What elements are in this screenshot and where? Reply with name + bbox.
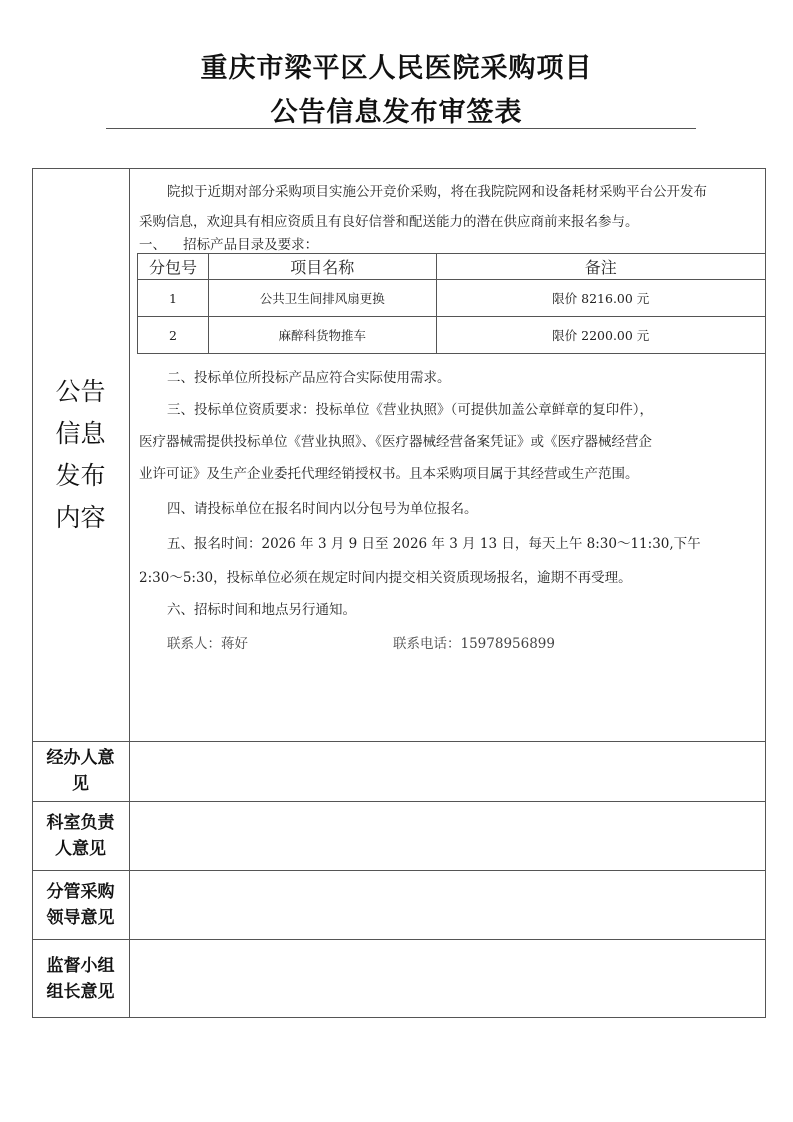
label-line: 人意见: [41, 836, 121, 862]
section3-line2: 医疗器械需提供投标单位《营业执照》、《医疗器械经营备案凭证》或《医疗器械经营企: [139, 430, 761, 450]
section6: 六、招标时间和地点另行通知。: [167, 598, 789, 618]
cell-note: 限价 2200.00 元: [436, 317, 766, 354]
section2: 二、投标单位所投标产品应符合实际使用需求。: [167, 366, 789, 386]
section3-line3: 业许可证》及生产企业委托代理经销授权书。且本采购项目属于其经营或生产范围。: [139, 462, 761, 482]
opinion-field-procurement-leader[interactable]: [131, 872, 764, 938]
products-table: 分包号 项目名称 备注 1 公共卫生间排风扇更换 限价 8216.00 元 2 …: [137, 253, 766, 354]
table-row: 2 麻醉科货物推车 限价 2200.00 元: [138, 317, 766, 354]
label-line: 监督小组: [41, 953, 121, 979]
row-divider: [32, 801, 766, 802]
label-line: 科室负责: [41, 810, 121, 836]
row-divider: [32, 939, 766, 940]
intro-line1: 院拟于近期对部分采购项目实施公开竞价采购，将在我院院网和设备耗材采购平台公开发布: [167, 180, 789, 200]
title-divider: [106, 128, 696, 129]
header-item-name: 项目名称: [208, 254, 436, 280]
header-note: 备注: [436, 254, 766, 280]
cell-package: 2: [138, 317, 209, 354]
section3-line1: 三、投标单位资质要求：投标单位《营业执照》（可提供加盖公章鲜章的复印件），: [167, 398, 789, 418]
header-package: 分包号: [138, 254, 209, 280]
label-line: 见: [41, 771, 121, 797]
row-divider: [32, 870, 766, 871]
label-line: 领导意见: [41, 905, 121, 931]
contact-phone: 联系电话：15978956899: [393, 632, 793, 652]
label-line: 公告: [51, 371, 111, 413]
cell-note: 限价 8216.00 元: [436, 280, 766, 317]
row-divider: [32, 741, 766, 742]
opinion-label-department-head: 科室负责 人意见: [32, 801, 129, 870]
cell-item-name: 麻醉科货物推车: [208, 317, 436, 354]
content-section-label: 公告 信息 发布 内容: [32, 168, 129, 741]
table-header-row: 分包号 项目名称 备注: [138, 254, 766, 280]
label-line: 组长意见: [41, 979, 121, 1005]
label-line: 发布: [51, 455, 111, 497]
label-line: 分管采购: [41, 879, 121, 905]
label-line: 内容: [51, 497, 111, 539]
opinion-label-handler: 经办人意 见: [32, 741, 129, 801]
opinion-label-procurement-leader: 分管采购 领导意见: [32, 870, 129, 939]
opinion-field-handler[interactable]: [131, 743, 764, 800]
opinion-field-supervision-leader[interactable]: [131, 941, 764, 1016]
opinion-field-department-head[interactable]: [131, 803, 764, 869]
section5-line2: 2:30～5:30，投标单位必须在规定时间内提交相关资质现场报名，逾期不再受理。: [139, 566, 761, 586]
cell-package: 1: [138, 280, 209, 317]
label-line: 经办人意: [41, 745, 121, 771]
cell-item-name: 公共卫生间排风扇更换: [208, 280, 436, 317]
opinion-label-supervision-leader: 监督小组 组长意见: [32, 939, 129, 1018]
table-row: 1 公共卫生间排风扇更换 限价 8216.00 元: [138, 280, 766, 317]
section1-heading: 一、 招标产品目录及要求：: [139, 233, 761, 253]
section4: 四、请投标单位在报名时间内以分包号为单位报名。: [167, 497, 789, 517]
document-title-line2: 公告信息发布审签表: [0, 90, 793, 129]
intro-line2: 采购信息，欢迎具有相应资质且有良好信誉和配送能力的潜在供应商前来报名参与。: [139, 210, 761, 230]
document-title-line1: 重庆市梁平区人民医院采购项目: [0, 46, 793, 85]
label-line: 信息: [51, 413, 111, 455]
section5-line1: 五、报名时间：2026 年 3 月 9 日至 2026 年 3 月 13 日，每…: [167, 532, 789, 552]
column-divider: [129, 168, 130, 1018]
